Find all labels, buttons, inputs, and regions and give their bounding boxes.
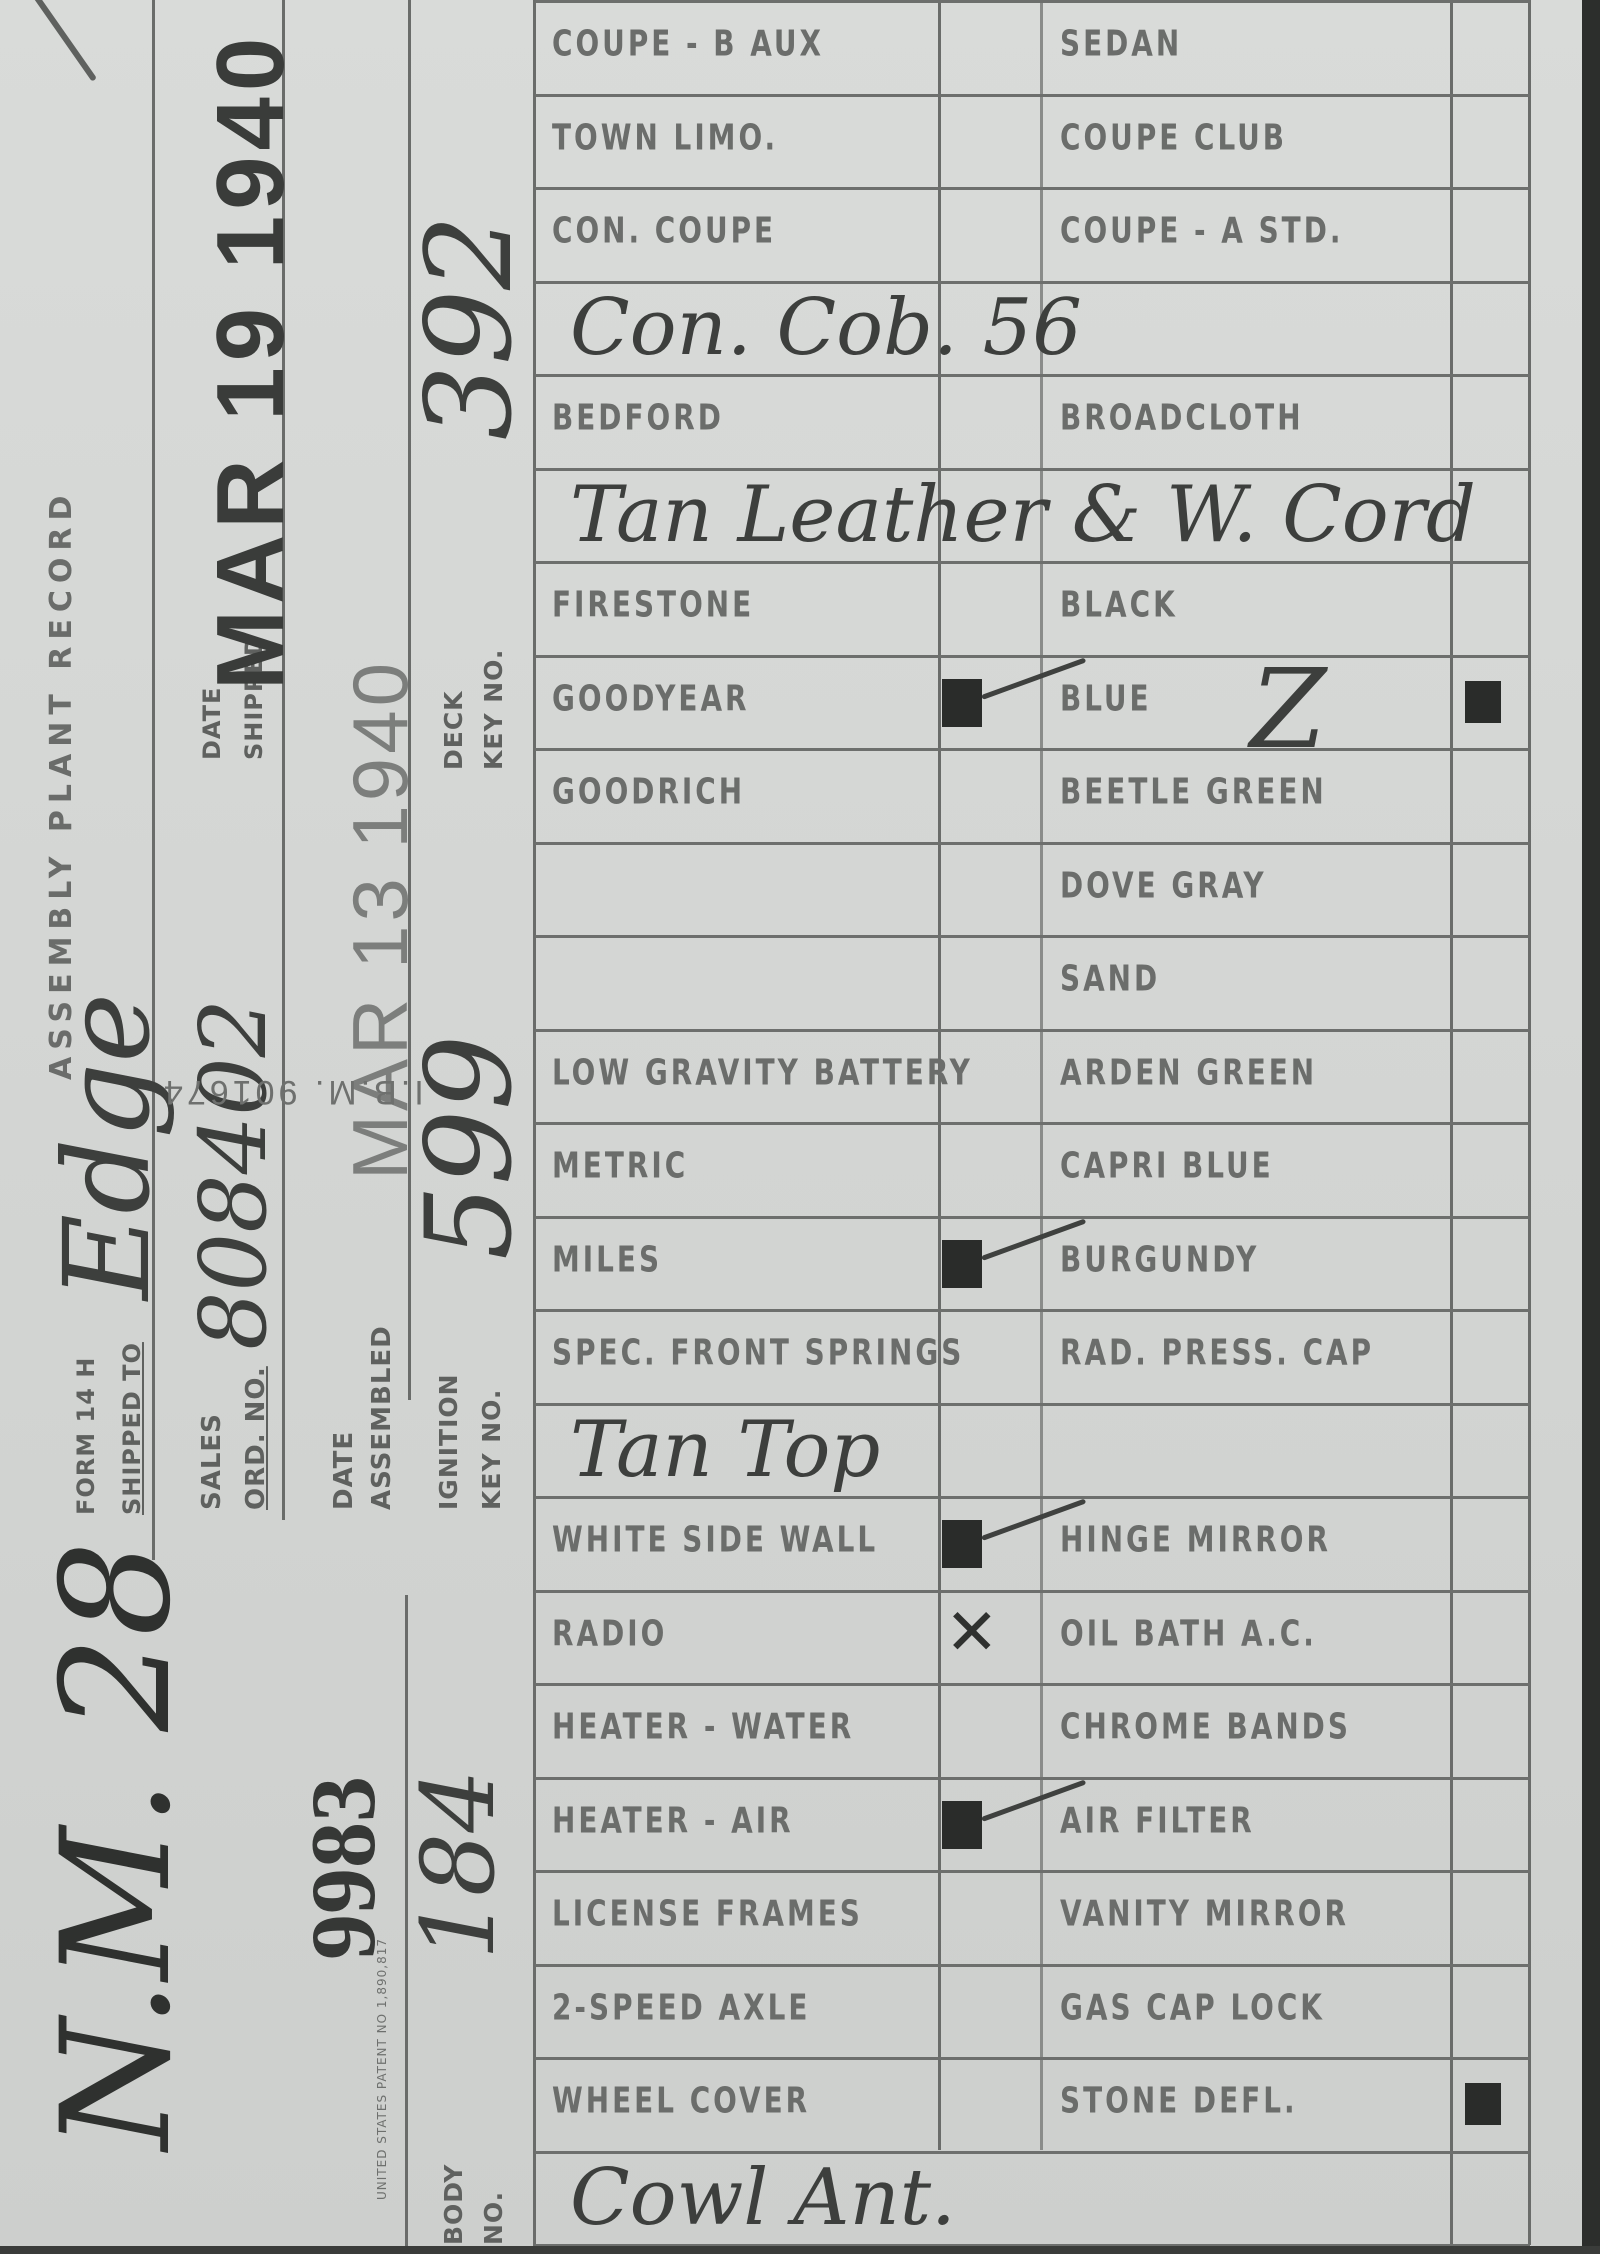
option-label-right: OIL BATH A.C. <box>1060 1613 1317 1654</box>
deck-key-value: 392 <box>400 215 538 440</box>
row-divider <box>535 1496 1530 1499</box>
row-divider <box>535 1590 1530 1593</box>
option-label-left: HEATER - WATER <box>552 1706 854 1747</box>
side-handwriting: N.M. 28 <box>30 1541 204 2150</box>
option-checkbox-right[interactable] <box>1452 1874 1526 1960</box>
option-label-left: TOWN LIMO. <box>552 117 778 158</box>
row-divider <box>535 1870 1530 1873</box>
row-divider <box>535 561 1530 564</box>
option-checkbox-left[interactable] <box>940 1313 1038 1399</box>
row-divider <box>535 1122 1530 1125</box>
option-label-right: HINGE MIRROR <box>1060 1519 1331 1560</box>
option-checkbox-left[interactable] <box>940 4 1038 90</box>
option-checkbox-left[interactable] <box>940 939 1038 1025</box>
body-no-suffix: 184 <box>400 1769 517 1960</box>
option-checkbox-right[interactable] <box>1452 1781 1526 1867</box>
date-assembled-label: DATE <box>330 1431 358 1510</box>
checked-box-mark <box>942 1520 982 1568</box>
option-label-right: VANITY MIRROR <box>1060 1893 1349 1934</box>
option-checkbox-right[interactable] <box>1452 1687 1526 1773</box>
row-divider <box>535 655 1530 658</box>
option-checkbox-left[interactable] <box>940 1687 1038 1773</box>
option-label-right: CAPRI BLUE <box>1060 1145 1274 1186</box>
option-checkbox-left[interactable] <box>940 1033 1038 1119</box>
option-checkbox-right[interactable] <box>1452 1594 1526 1680</box>
option-label-right: SAND <box>1060 958 1160 999</box>
option-checkbox-left[interactable] <box>940 191 1038 277</box>
option-label-left: GOODRICH <box>552 771 745 812</box>
sales-order-value: 808402 <box>180 999 287 1350</box>
option-label-left: WHITE SIDE WALL <box>552 1519 878 1560</box>
option-checkbox-left[interactable] <box>940 1874 1038 1960</box>
row-divider <box>535 187 1530 190</box>
option-label-left: COUPE - B AUX <box>552 23 824 64</box>
option-label-left: LICENSE FRAMES <box>552 1893 863 1934</box>
option-label-left: METRIC <box>552 1145 688 1186</box>
option-checkbox-right[interactable] <box>1452 1033 1526 1119</box>
option-label-left: 2-SPEED AXLE <box>552 1987 810 2028</box>
option-checkbox-right[interactable] <box>1452 1126 1526 1212</box>
option-checkbox-right[interactable] <box>1452 1968 1526 2054</box>
option-label-left: SPEC. FRONT SPRINGS <box>552 1332 964 1373</box>
option-label-left: FIRESTONE <box>552 584 754 625</box>
deck-key-label-2: KEY NO. <box>480 649 508 770</box>
ignition-key-label: IGNITION <box>435 1373 463 1510</box>
corner-pen-stroke <box>29 0 97 82</box>
option-checkbox-left[interactable] <box>940 846 1038 932</box>
handwritten-note: Tan Leather & W. Cord <box>570 470 1476 560</box>
option-checkbox-left[interactable] <box>940 98 1038 184</box>
option-label-left: RADIO <box>552 1613 667 1654</box>
x-mark: ✕ <box>945 1596 999 1670</box>
option-checkbox-right[interactable] <box>1452 939 1526 1025</box>
checked-box-mark <box>1465 2083 1501 2125</box>
option-label-right: BURGUNDY <box>1060 1239 1259 1280</box>
handwritten-mark: Z <box>1250 645 1326 773</box>
body-no-value: 9983 <box>290 1776 396 1960</box>
row-divider <box>535 1216 1530 1219</box>
assembly-plant-record-card: ASSEMBLY PLANT RECORD FORM 14 H SHIPPED … <box>0 0 1600 2254</box>
option-label-left: GOODYEAR <box>552 678 750 719</box>
shipped-to-value: Edge <box>38 993 176 1300</box>
option-label-right: COUPE - A STD. <box>1060 210 1343 251</box>
row-divider <box>535 935 1530 938</box>
row-divider <box>535 1683 1530 1686</box>
sales-order-label-2: ORD. NO. <box>242 1366 270 1510</box>
row-divider <box>535 1029 1530 1032</box>
checked-box-mark <box>942 1801 982 1849</box>
row-divider <box>535 748 1530 751</box>
option-checkbox-left[interactable] <box>940 378 1038 464</box>
option-label-left: MILES <box>552 1239 662 1280</box>
row-divider <box>535 374 1530 377</box>
checked-box-mark <box>942 1240 982 1288</box>
option-checkbox-right[interactable] <box>1452 1220 1526 1306</box>
checked-box-mark <box>942 679 982 727</box>
row-divider <box>535 1309 1530 1312</box>
sales-order-label: SALES <box>198 1413 226 1510</box>
option-label-right: GAS CAP LOCK <box>1060 1987 1325 2028</box>
option-label-left: LOW GRAVITY BATTERY <box>552 1052 973 1093</box>
deck-key-label: DECK <box>440 690 468 770</box>
option-label-right: DOVE GRAY <box>1060 865 1267 906</box>
row-divider <box>535 2057 1530 2060</box>
ibm-code: I.B.M. 901674 <box>160 1072 424 1111</box>
handwritten-note: Con. Cob. 56 <box>570 283 1082 373</box>
option-checkbox-right[interactable] <box>1452 752 1526 838</box>
option-checkbox-right[interactable] <box>1452 1313 1526 1399</box>
option-checkbox-left[interactable] <box>940 752 1038 838</box>
option-checkbox-left[interactable] <box>940 565 1038 651</box>
option-label-right: STONE DEFL. <box>1060 2080 1298 2121</box>
body-no-label-2: NO. <box>480 2191 508 2245</box>
option-checkbox-left[interactable] <box>940 1968 1038 2054</box>
form-title: ASSEMBLY PLANT RECORD <box>48 489 76 1080</box>
option-checkbox-right[interactable] <box>1452 378 1526 464</box>
ignition-key-label-2: KEY NO. <box>478 1389 506 1510</box>
divider-left-1 <box>152 0 155 1560</box>
date-shipped-value: MAR 19 1940 <box>196 32 306 690</box>
option-checkbox-right[interactable] <box>1452 4 1526 90</box>
body-no-label: BODY <box>440 2164 468 2245</box>
option-label-left: CON. COUPE <box>552 210 776 251</box>
row-divider <box>535 1777 1530 1780</box>
option-label-right: ARDEN GREEN <box>1060 1052 1317 1093</box>
option-label-left: HEATER - AIR <box>552 1800 794 1841</box>
option-checkbox-left[interactable] <box>940 2061 1038 2147</box>
form-number-label: FORM 14 H <box>72 1357 100 1515</box>
option-label-left: WHEEL COVER <box>552 2080 810 2121</box>
date-shipped-label: DATE <box>198 687 226 760</box>
ignition-key-value: 599 <box>400 1035 538 1260</box>
option-label-left: BEDFORD <box>552 397 724 438</box>
row-divider <box>535 1964 1530 1967</box>
option-label-right: BLACK <box>1060 584 1178 625</box>
option-label-right: BLUE <box>1060 678 1152 719</box>
photo-edge-right <box>1582 0 1600 2254</box>
option-label-right: AIR FILTER <box>1060 1800 1255 1841</box>
checked-box-mark <box>1465 681 1501 723</box>
option-label-right: RAD. PRESS. CAP <box>1060 1332 1374 1373</box>
option-label-right: BROADCLOTH <box>1060 397 1304 438</box>
row-divider <box>535 94 1530 97</box>
handwritten-note: Tan Top <box>570 1405 880 1495</box>
option-checkbox-right[interactable] <box>1452 846 1526 932</box>
option-checkbox-right[interactable] <box>1452 98 1526 184</box>
patent-text: UNITED STATES PATENT NO 1,890,817 <box>375 1938 389 2200</box>
option-checkbox-right[interactable] <box>1452 1500 1526 1586</box>
option-checkbox-right[interactable] <box>1452 191 1526 277</box>
option-label-right: CHROME BANDS <box>1060 1706 1351 1747</box>
option-checkbox-right[interactable] <box>1452 565 1526 651</box>
date-assembled-label-2: ASSEMBLED <box>368 1325 396 1510</box>
option-checkbox-left[interactable] <box>940 1126 1038 1212</box>
handwritten-note: Cowl Ant. <box>570 2153 956 2243</box>
table-top-border <box>535 0 1530 3</box>
shipped-to-label: SHIPPED TO <box>118 1342 146 1515</box>
photo-edge-bottom <box>0 2246 1600 2254</box>
row-divider <box>535 842 1530 845</box>
option-label-right: SEDAN <box>1060 23 1182 64</box>
option-label-right: BEETLE GREEN <box>1060 771 1327 812</box>
option-label-right: COUPE CLUB <box>1060 117 1287 158</box>
